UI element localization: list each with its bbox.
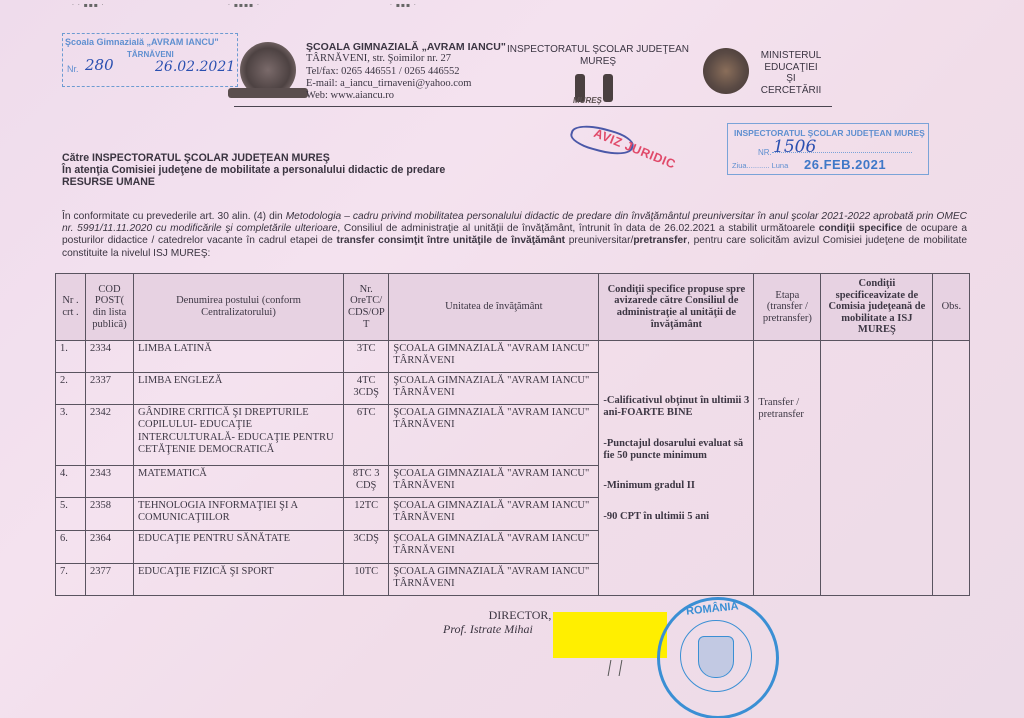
cell-nr: 6. [56, 531, 86, 564]
cell-post: LIMBA ENGLEZĂ [134, 373, 344, 405]
addressee-block: Către INSPECTORATUL ŞCOLAR JUDEŢEAN MURE… [62, 152, 445, 189]
ministry-line3: ŞI [755, 73, 827, 85]
cell-ore: 10TC [344, 564, 389, 596]
intro-emphasis: pretransfer [633, 235, 687, 246]
stamp-nr-label: Nr. [67, 64, 79, 74]
col-header-post: Denumirea postului (conform Centralizato… [134, 274, 344, 341]
intro-text: În conformitate cu prevederile art. 30 a… [62, 211, 286, 222]
isj-name-line2: MUREŞ [503, 56, 693, 68]
cell-post: TEHNOLOGIA INFORMAŢIEI ŞI A COMUNICAŢIIL… [134, 498, 344, 531]
round-seal-text: ROMÂNIA [686, 600, 740, 617]
cell-nr: 5. [56, 498, 86, 531]
col-header-cod: COD POST( din lista publică) [86, 274, 134, 341]
school-info: ŞCOALA GIMNAZIALĂ „AVRAM IANCU" TÂRNĂVEN… [306, 41, 506, 102]
col-header-conditii: Condiţii specifice propuse spre avizared… [599, 274, 754, 341]
isj-name-line1: INSPECTORATUL ŞCOLAR JUDEŢEAN [503, 44, 693, 56]
isj-stamp-nr-value: 1506 [773, 137, 816, 157]
cell-post: EDUCAŢIE PENTRU SĂNĂTATE [134, 531, 344, 564]
cell-cod: 2343 [86, 466, 134, 498]
school-registration-stamp: Şcoala Gimnazială „AVRAM IANCU" TÂRNĂVEN… [62, 33, 238, 87]
col-header-ore: Nr. OreTC/ CDS/OP T [344, 274, 389, 341]
cell-nr: 7. [56, 564, 86, 596]
cell-cod: 2334 [86, 341, 134, 373]
col-header-obs: Obs. [933, 274, 970, 341]
intro-emphasis: condiţii specifice [819, 223, 902, 234]
addressee-line2: În atenţia Comisiei judeţene de mobilita… [62, 164, 445, 176]
cell-cod: 2358 [86, 498, 134, 531]
ministry-coat-of-arms-icon [703, 48, 749, 94]
ministry-line2: EDUCAŢIEI [755, 62, 827, 74]
isj-stamp-title: INSPECTORATUL ŞCOLAR JUDEŢEAN MUREŞ [734, 128, 925, 138]
isj-registration-stamp: INSPECTORATUL ŞCOLAR JUDEŢEAN MUREŞ NR. … [727, 123, 929, 175]
stamp-school-city: TÂRNĂVENI [127, 50, 174, 59]
school-web: Web: www.aiancu.ro [306, 90, 506, 102]
cell-nr: 4. [56, 466, 86, 498]
isj-logo-icon: MUREŞ [573, 70, 619, 106]
isj-logo-text: MUREŞ [573, 96, 602, 105]
school-round-seal-icon: ROMÂNIA [657, 597, 779, 718]
intro-text: preuniversitar/ [565, 235, 633, 246]
intro-text: , Consiliul de administraţie al unităţii… [337, 223, 818, 234]
intro-emphasis: transfer consimţit între unităţile de în… [337, 235, 566, 246]
cell-cod: 2337 [86, 373, 134, 405]
school-email: E-mail: a_iancu_tirnaveni@yahoo.com [306, 78, 506, 90]
condition-item: -Punctajul dosarului evaluat să fie 50 p… [603, 438, 749, 463]
isj-stamp-nr-label: NR. [758, 148, 772, 157]
addressee-line3: RESURSE UMANE [62, 176, 445, 188]
cell-etapa: Transfer / pretransfer [754, 341, 821, 596]
addressee-line1: Către INSPECTORATUL ŞCOLAR JUDEŢEAN MURE… [62, 152, 445, 164]
cell-nr: 1. [56, 341, 86, 373]
condition-item: -90 CPT în ultimii 5 ani [603, 511, 749, 523]
col-header-unitate: Unitatea de învăţământ [389, 274, 599, 341]
cell-nr: 3. [56, 405, 86, 466]
cell-cod: 2342 [86, 405, 134, 466]
cell-obs [933, 341, 970, 596]
cell-post: EDUCAŢIE FIZICĂ ŞI SPORT [134, 564, 344, 596]
cell-unitate: ŞCOALA GIMNAZIALĂ "AVRAM IANCU" TÂRNĂVEN… [389, 498, 599, 531]
redaction-box [553, 612, 667, 658]
cell-post: GÂNDIRE CRITICĂ ŞI DREPTURILE COPILULUI-… [134, 405, 344, 466]
condition-item: -Calificativul obţinut în ultimii 3 ani-… [603, 395, 749, 420]
table-row: 1. 2334 LIMBA LATINĂ 3TC ŞCOALA GIMNAZIA… [56, 341, 970, 373]
cell-ore: 8TC 3 CDŞ [344, 466, 389, 498]
cell-avizate [821, 341, 933, 596]
scan-artifact: · ▪▪▪ · [390, 2, 417, 9]
ministry-header: MINISTERUL EDUCAŢIEI ŞI CERCETĂRII [755, 50, 827, 96]
intro-paragraph: În conformitate cu prevederile art. 30 a… [62, 211, 967, 260]
isj-stamp-dotted-line [772, 152, 912, 153]
cell-unitate: ŞCOALA GIMNAZIALĂ "AVRAM IANCU" TÂRNĂVEN… [389, 341, 599, 373]
scan-artifact: · ▪▪▪▪ · [228, 2, 260, 9]
cell-cod: 2377 [86, 564, 134, 596]
posts-table: Nr . crt . COD POST( din lista publică) … [55, 273, 970, 596]
table-header-row: Nr . crt . COD POST( din lista publică) … [56, 274, 970, 341]
cell-unitate: ŞCOALA GIMNAZIALĂ "AVRAM IANCU" TÂRNĂVEN… [389, 531, 599, 564]
isj-header: INSPECTORATUL ŞCOLAR JUDEŢEAN MUREŞ [503, 44, 693, 67]
coat-of-arms-icon [698, 636, 734, 678]
signature-icon [608, 660, 623, 676]
cell-unitate: ŞCOALA GIMNAZIALĂ "AVRAM IANCU" TÂRNĂVEN… [389, 405, 599, 466]
cell-conditii: -Calificativul obţinut în ultimii 3 ani-… [599, 341, 754, 596]
school-name: ŞCOALA GIMNAZIALĂ „AVRAM IANCU" [306, 41, 506, 53]
col-header-nr: Nr . crt . [56, 274, 86, 341]
col-header-avizate: Condiţii specificeavizate de Comisia jud… [821, 274, 933, 341]
cell-post: MATEMATICĂ [134, 466, 344, 498]
school-phone: Tel/fax: 0265 446551 / 0265 446552 [306, 66, 506, 78]
cell-unitate: ŞCOALA GIMNAZIALĂ "AVRAM IANCU" TÂRNĂVEN… [389, 466, 599, 498]
stamp-date-value: 26.02.2021 [155, 59, 235, 75]
cell-cod: 2364 [86, 531, 134, 564]
cell-unitate: ŞCOALA GIMNAZIALĂ "AVRAM IANCU" TÂRNĂVEN… [389, 564, 599, 596]
scan-artifact: · · ▪▪▪ · [72, 2, 105, 9]
etapa-text: Transfer / pretransfer [758, 397, 816, 422]
cell-unitate: ŞCOALA GIMNAZIALĂ "AVRAM IANCU" TÂRNĂVEN… [389, 373, 599, 405]
ministry-line1: MINISTERUL [755, 50, 827, 62]
cell-post: LIMBA LATINĂ [134, 341, 344, 373]
col-header-etapa: Etapa (transfer / pretransfer) [754, 274, 821, 341]
school-logo-ribbon [228, 88, 308, 98]
isj-stamp-date-labels: Ziua........... Luna [732, 161, 788, 170]
school-address: TÂRNĂVENI, str. Şoimilor nr. 27 [306, 53, 506, 65]
isj-stamp-date-value: 26.FEB.2021 [804, 157, 886, 172]
director-name: Prof. Istrate Mihai [443, 622, 533, 637]
cell-ore: 12TC [344, 498, 389, 531]
cell-ore: 6TC [344, 405, 389, 466]
cell-nr: 2. [56, 373, 86, 405]
letterhead-divider [234, 106, 832, 107]
ministry-line4: CERCETĂRII [755, 85, 827, 97]
condition-item: -Minimum gradul II [603, 480, 749, 492]
cell-ore: 4TC 3CDŞ [344, 373, 389, 405]
cell-ore: 3CDŞ [344, 531, 389, 564]
stamp-nr-value: 280 [85, 56, 114, 74]
stamp-school-name: Şcoala Gimnazială „AVRAM IANCU" [65, 37, 219, 47]
cell-ore: 3TC [344, 341, 389, 373]
